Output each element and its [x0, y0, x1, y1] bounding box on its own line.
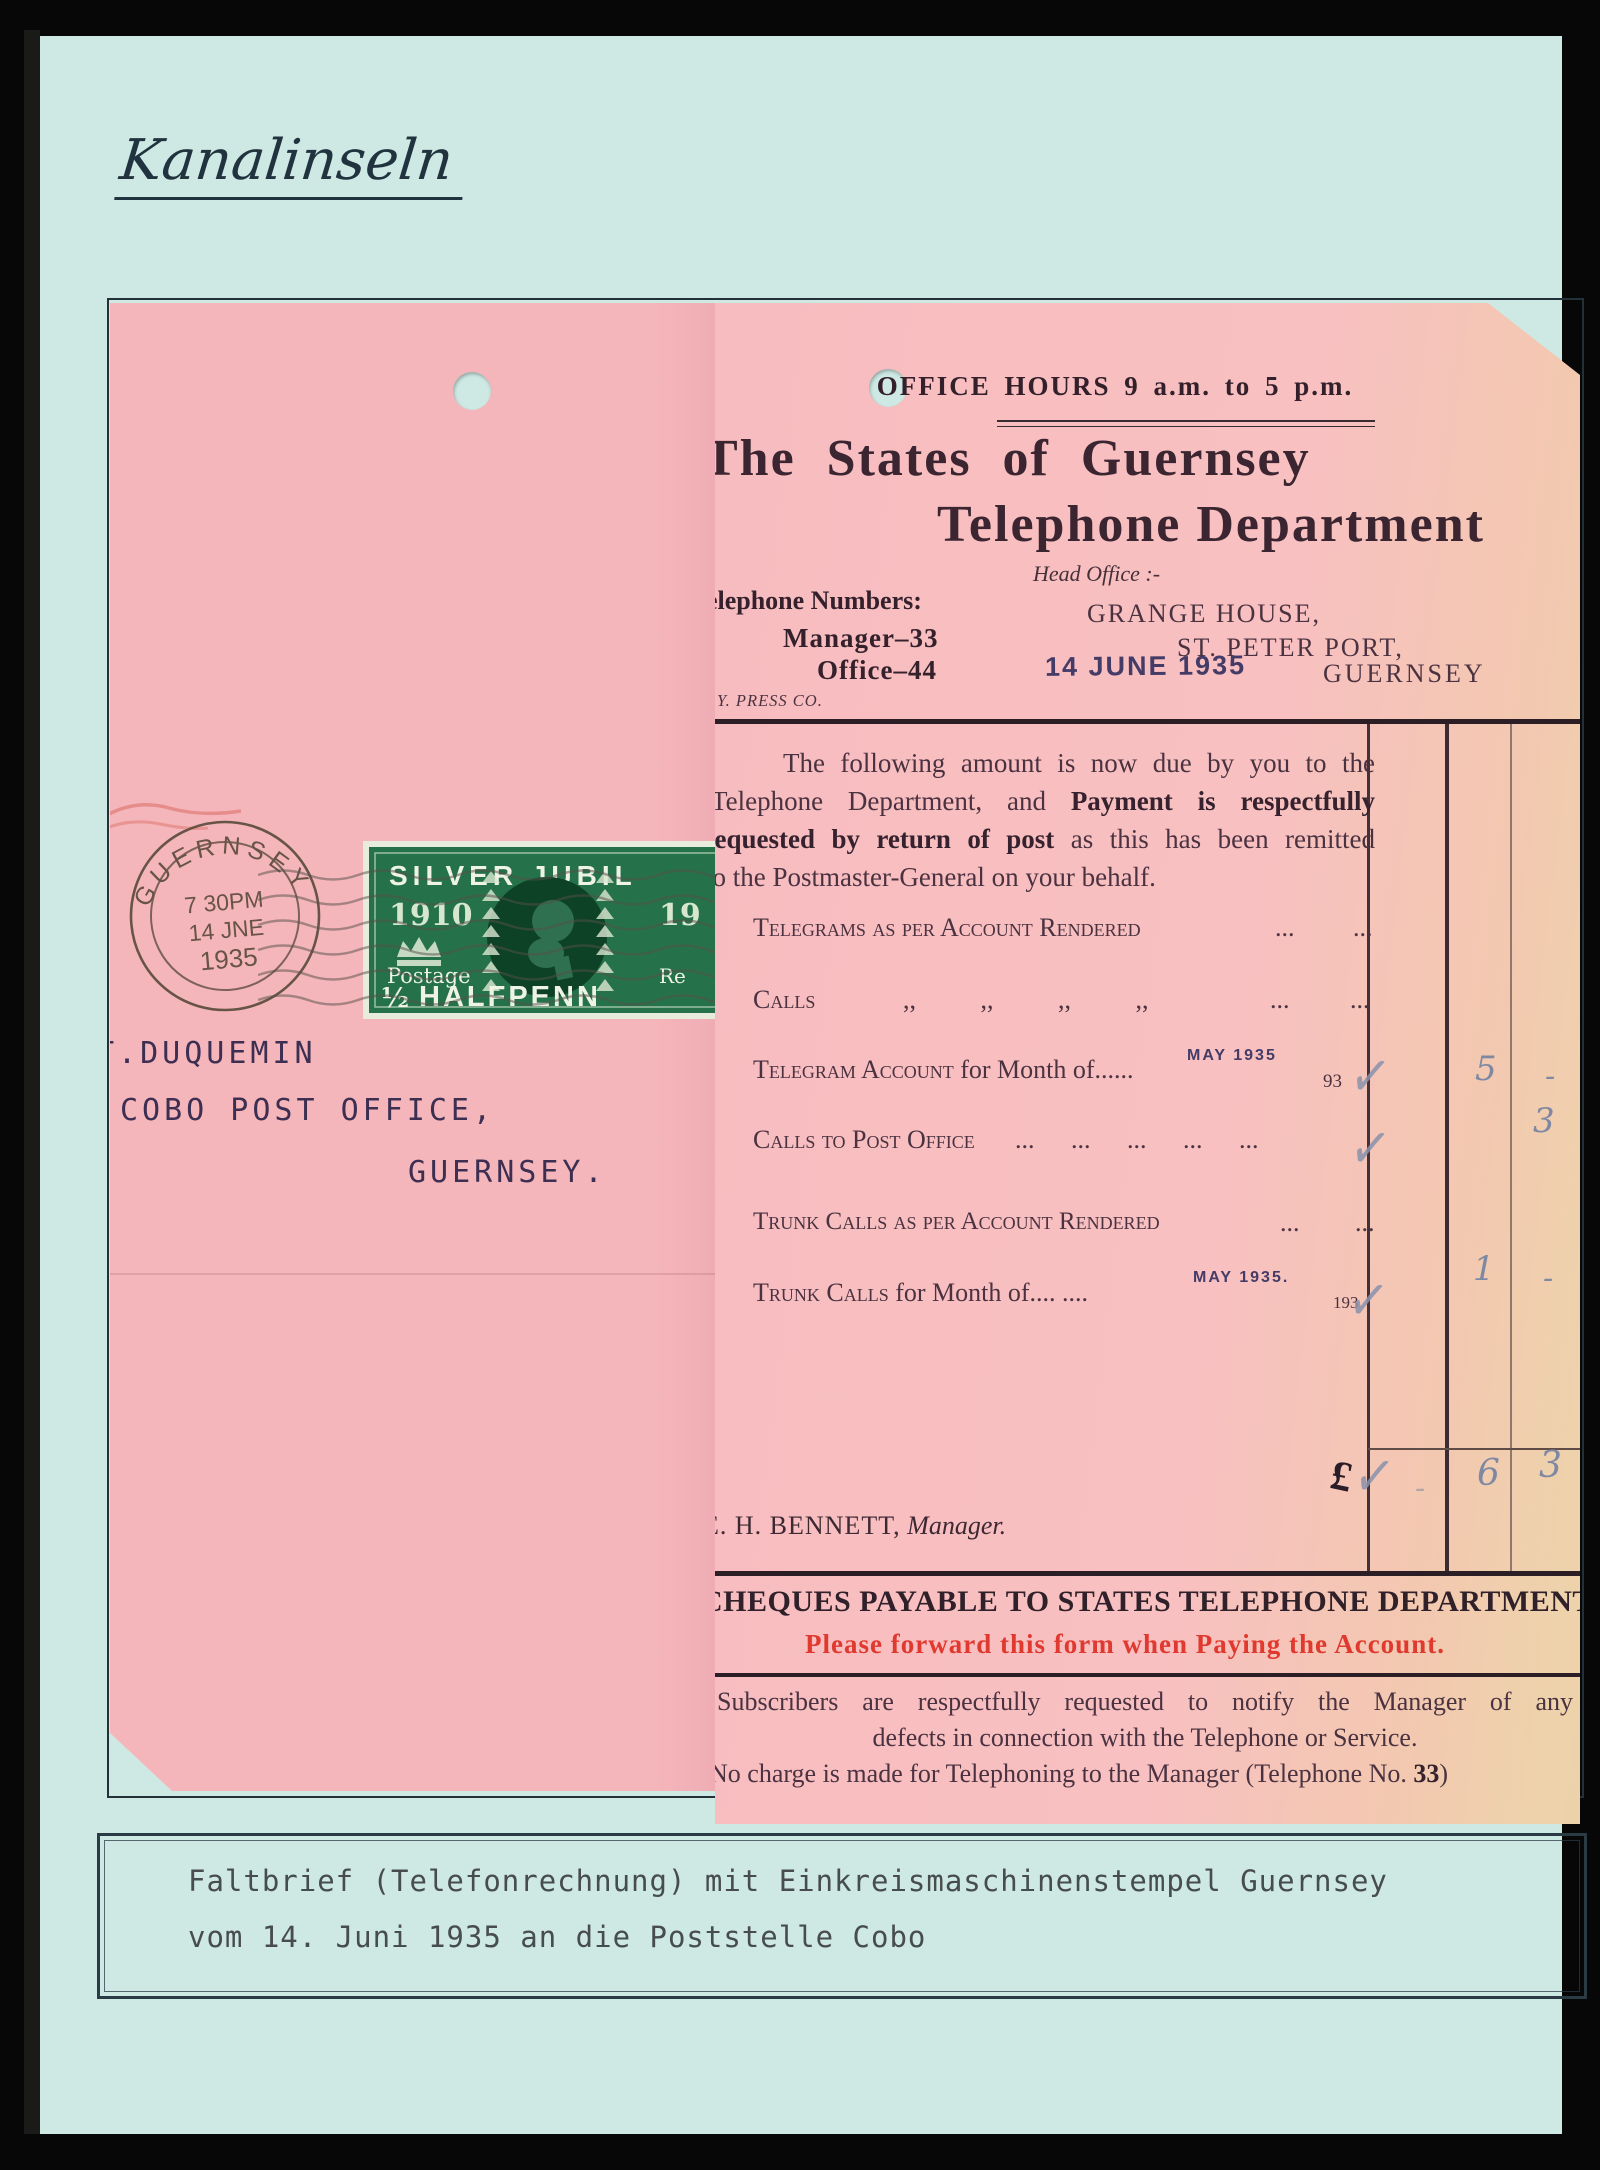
total-pence-value: 3 [1539, 1445, 1562, 1486]
date-handstamp: 14 JUNE 1935 [1045, 650, 1246, 683]
manager-signature-line: E. H. BENNETT, Manager. [715, 1511, 1006, 1541]
row-calls-dots: ... [1270, 985, 1290, 1015]
total-shillings-value: 6 [1477, 1453, 1500, 1494]
total-pounds-value: - [1415, 1471, 1425, 1506]
shillings-value: 5 [1475, 1049, 1497, 1089]
pence-value: - [1543, 1261, 1553, 1296]
rule-lower [715, 1673, 1580, 1677]
address-recipient: T.DUQUEMIN [110, 1036, 317, 1071]
row-calls-post-office-label: Calls to Post Office [753, 1125, 975, 1155]
row-calls-dots: ... [1350, 985, 1370, 1015]
head-office-address-1: GRANGE HOUSE, [1087, 599, 1321, 629]
cheques-notice: CHEQUES PAYABLE TO STATES TELEPHONE DEPA… [715, 1585, 1580, 1619]
note-line-3: No charge is made for Telephoning to the… [715, 1759, 1448, 1789]
month-handstamp: MAY 1935 [1187, 1047, 1277, 1065]
phone-manager-number: Manager–33 [783, 623, 938, 654]
note-line-3-pre: No charge is made for Telephoning to the… [715, 1759, 1413, 1788]
month-handstamp: MAY 1935. [1193, 1269, 1289, 1287]
manager-name: E. H. BENNETT, [715, 1511, 901, 1540]
row-trunk-calls-dots: ... [1280, 1208, 1300, 1238]
pencil-checkmark: ✓ [1345, 1038, 1395, 1114]
intro-line-3: requested by return of post as this has … [715, 824, 1375, 855]
intro-line-3-bold: requested by return of post [715, 824, 1054, 854]
row-trunk-calls-label: Trunk Calls as per Account Rendered [753, 1208, 1160, 1236]
row-trunk-month-rest: for Month of.... .... [889, 1278, 1088, 1307]
cancel-wavy-lines [258, 863, 715, 1013]
column-line-3 [1510, 724, 1512, 1573]
album-scan: Kanalinseln OFFICE HOURS 9 a.m. to 5 p.m… [0, 0, 1600, 2170]
cover-address-sheet: GUERNSEY 7 30PM 14 JNE 1935 SILVER JUBIL… [110, 303, 715, 1791]
intro-line-4: to the Postmaster-General on your behalf… [715, 862, 1156, 893]
intro-line-2: Telephone Department, and Payment is res… [715, 786, 1375, 817]
caption-line-1: Faltbrief (Telefonrechnung) mit Einkreis… [188, 1864, 1388, 1898]
row-calls-ditto-marks: ,, ,, ,, ,, [903, 985, 1149, 1015]
note-line-2: defects in connection with the Telephone… [845, 1723, 1445, 1753]
column-line-2 [1445, 724, 1449, 1573]
row-telegrams-dots: ... [1275, 913, 1295, 943]
manager-title: Manager. [901, 1511, 1006, 1540]
row-telegram-account-label: Telegram Account for Month of...... [753, 1055, 1134, 1085]
printed-year-fragment: 93 [1323, 1071, 1342, 1093]
pence-value: - [1545, 1059, 1555, 1094]
intro-line-2-bold: Payment is respectfully [1071, 786, 1375, 816]
phone-numbers-label: Telephone Numbers: [715, 586, 922, 616]
intro-line-2-normal: Telephone Department, and [715, 786, 1046, 816]
shillings-value: 1 [1473, 1249, 1495, 1289]
office-hours-underline [997, 420, 1375, 427]
album-region-heading: Kanalinseln [114, 128, 470, 200]
note-line-3-phone: 33 [1413, 1759, 1439, 1788]
row-telegram-account-caps: Telegram Account [753, 1055, 954, 1084]
row-trunk-month-label: Trunk Calls for Month of.... .... [753, 1278, 1088, 1308]
organisation-name-line2: Telephone Department [937, 495, 1485, 554]
punch-hole [453, 372, 491, 410]
intro-line-3-normal: as this has been remitted [1071, 824, 1375, 854]
row-telegram-account-rest: for Month of...... [954, 1055, 1134, 1084]
telephone-bill-sheet: OFFICE HOURS 9 a.m. to 5 p.m. The States… [715, 303, 1580, 1824]
caption-line-2: vom 14. Juni 1935 an die Poststelle Cobo [188, 1920, 926, 1954]
row-telegrams-dots: ... [1353, 913, 1373, 943]
address-island: GUERNSEY. [408, 1155, 607, 1190]
printer-imprint: Y. PRESS CO. [717, 691, 823, 711]
pencil-checkmark: ✓ [1349, 1438, 1399, 1514]
rule-middle [715, 1571, 1580, 1576]
row-trunk-month-caps: Trunk Calls [753, 1278, 889, 1307]
postmark-time: 7 30PM [183, 886, 264, 919]
row-telegrams-label: Telegrams as per Account Rendered [753, 913, 1141, 943]
forward-notice-red: Please forward this form when Paying the… [745, 1629, 1505, 1660]
office-hours-line: OFFICE HOURS 9 a.m. to 5 p.m. [835, 371, 1395, 402]
postmark-year: 1935 [199, 941, 259, 976]
intro-line-1: The following amount is now due by you t… [783, 748, 1375, 779]
row-trunk-calls-dots: ... [1355, 1208, 1375, 1238]
caption-box: Faltbrief (Telefonrechnung) mit Einkreis… [97, 1833, 1587, 1999]
album-page: Kanalinseln OFFICE HOURS 9 a.m. to 5 p.m… [40, 36, 1562, 2134]
note-line-3-post: ) [1439, 1759, 1448, 1788]
address-office: COBO POST OFFICE, [120, 1093, 495, 1128]
pencil-checkmark: ✓ [1343, 1262, 1393, 1338]
head-office-label: Head Office :- [1033, 561, 1160, 587]
note-line-1: Subscribers are respectfully requested t… [717, 1687, 1573, 1717]
phone-office-number: Office–44 [817, 655, 937, 686]
row-calls-label: Calls [753, 985, 815, 1015]
head-office-address-3: GUERNSEY [1323, 659, 1486, 689]
pence-value: 3 [1533, 1101, 1555, 1141]
pencil-checkmark: ✓ [1345, 1110, 1395, 1186]
fold-crease [110, 1273, 715, 1275]
rule-top [715, 719, 1580, 724]
organisation-name-line1: The States of Guernsey [715, 429, 1311, 488]
row-calls-post-office-dots: ... ... ... ... ... [1015, 1125, 1259, 1155]
